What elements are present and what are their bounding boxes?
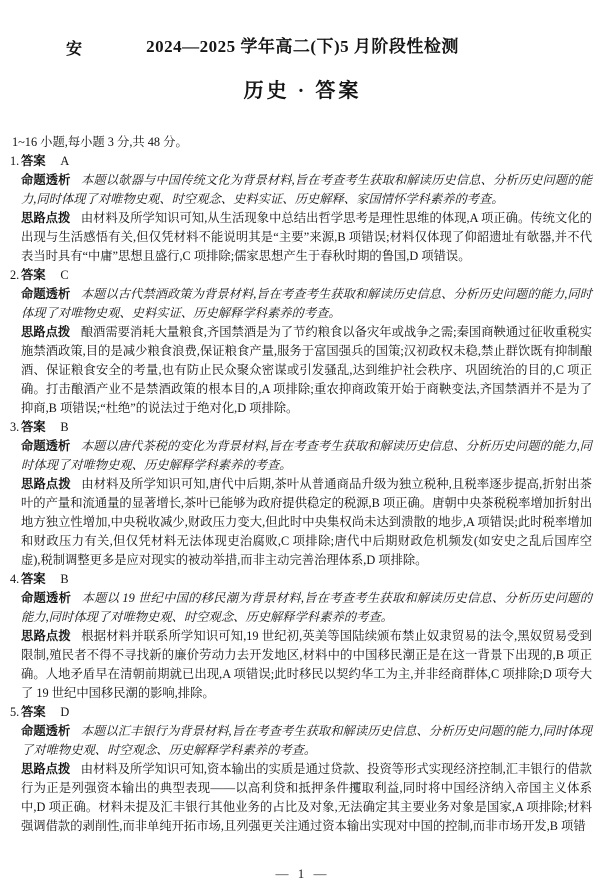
tips-paragraph: 思路点拨酿酒需要消耗大量粮食,齐国禁酒是为了节约粮食以备灾年或战争之需;秦国商鞅… (21, 323, 592, 418)
analysis-text: 本题以欹器与中国传统文化为背景材料,旨在考查考生获取和解读历史信息、分析历史问题… (21, 173, 592, 206)
answer-item-5: 5.答案D 命题透析本题以汇丰银行为背景材料,旨在考查考生获取和解读历史信息、分… (12, 703, 592, 836)
analysis-paragraph: 命题透析本题以唐代茶税的变化为背景材料,旨在考查考生获取和解读历史信息、分析历史… (21, 437, 592, 475)
tips-text: 由材料及所学知识可知,资本输出的实质是通过贷款、投资等形式实现经济控制,汇丰银行… (21, 762, 592, 833)
answer-line: 3.答案B (21, 418, 592, 437)
analysis-label: 命题透析 (21, 287, 70, 301)
answer-item-2: 2.答案C 命题透析本题以古代禁酒政策为背景材料,旨在考查考生获取和解读历史信息… (12, 266, 592, 418)
analysis-text: 本题以汇丰银行为背景材料,旨在考查考生获取和解读历史信息、分析历史问题的能力,同… (21, 724, 592, 757)
answer-letter: A (60, 154, 69, 168)
item-number: 5. (10, 703, 19, 722)
analysis-paragraph: 命题透析本题以 19 世纪中国的移民潮为背景材料,旨在考查考生获取和解读历史信息… (21, 589, 592, 627)
answer-label: 答案 (21, 154, 46, 168)
exam-title: 2024—2025 学年高二(下)5 月阶段性检测 (0, 0, 605, 59)
item-number: 4. (10, 570, 19, 589)
answer-label: 答案 (21, 268, 46, 282)
tips-label: 思路点拨 (21, 629, 71, 643)
analysis-text: 本题以唐代茶税的变化为背景材料,旨在考查考生获取和解读历史信息、分析历史问题的能… (21, 439, 592, 472)
tips-paragraph: 思路点拨由材料及所学知识可知,资本输出的实质是通过贷款、投资等形式实现经济控制,… (21, 760, 592, 836)
analysis-paragraph: 命题透析本题以欹器与中国传统文化为背景材料,旨在考查考生获取和解读历史信息、分析… (21, 171, 592, 209)
answer-line: 2.答案C (21, 266, 592, 285)
answer-line: 4.答案B (21, 570, 592, 589)
tips-text: 由材料及所学知识可知,从生活现象中总结出哲学思考是理性思维的体现,A 项正确。传… (21, 211, 592, 263)
answer-label: 答案 (21, 572, 46, 586)
tips-text: 酿酒需要消耗大量粮食,齐国禁酒是为了节约粮食以备灾年或战争之需;秦国商鞅通过征收… (21, 325, 592, 415)
answer-content: 1~16 小题,每小题 3 分,共 48 分。 1.答案A 命题透析本题以欹器与… (12, 133, 592, 836)
analysis-text: 本题以 19 世纪中国的移民潮为背景材料,旨在考查考生获取和解读历史信息、分析历… (21, 591, 592, 624)
answer-letter: B (60, 420, 68, 434)
answer-key-page: 安 2024—2025 学年高二(下)5 月阶段性检测 历史 · 答案 1~16… (0, 0, 605, 895)
answer-label: 答案 (21, 420, 46, 434)
answer-line: 5.答案D (21, 703, 592, 722)
answer-label: 答案 (21, 705, 46, 719)
analysis-paragraph: 命题透析本题以汇丰银行为背景材料,旨在考查考生获取和解读历史信息、分析历史问题的… (21, 722, 592, 760)
analysis-label: 命题透析 (21, 591, 71, 605)
subject-title: 历史 · 答案 (0, 77, 605, 105)
tips-label: 思路点拨 (21, 325, 70, 339)
tips-label: 思路点拨 (21, 211, 70, 225)
tips-text: 根据材料并联系所学知识可知,19 世纪初,英美等国陆续颁布禁止奴隶贸易的法令,黑… (21, 629, 592, 700)
answer-item-3: 3.答案B 命题透析本题以唐代茶税的变化为背景材料,旨在考查考生获取和解读历史信… (12, 418, 592, 570)
analysis-paragraph: 命题透析本题以古代禁酒政策为背景材料,旨在考查考生获取和解读历史信息、分析历史问… (21, 285, 592, 323)
item-number: 3. (10, 418, 19, 437)
analysis-text: 本题以古代禁酒政策为背景材料,旨在考查考生获取和解读历史信息、分析历史问题的能力… (21, 287, 592, 320)
answer-letter: B (60, 572, 68, 586)
item-number: 2. (10, 266, 19, 285)
tips-paragraph: 思路点拨由材料及所学知识可知,唐代中后期,茶叶从普通商品升级为独立税种,且税率逐… (21, 475, 592, 570)
answer-item-4: 4.答案B 命题透析本题以 19 世纪中国的移民潮为背景材料,旨在考查考生获取和… (12, 570, 592, 703)
tips-paragraph: 思路点拨根据材料并联系所学知识可知,19 世纪初,英美等国陆续颁布禁止奴隶贸易的… (21, 627, 592, 703)
tips-paragraph: 思路点拨由材料及所学知识可知,从生活现象中总结出哲学思考是理性思维的体现,A 项… (21, 209, 592, 266)
corner-mark: 安 (66, 36, 82, 59)
answer-letter: D (60, 705, 69, 719)
answer-line: 1.答案A (21, 152, 592, 171)
tips-text: 由材料及所学知识可知,唐代中后期,茶叶从普通商品升级为独立税种,且税率逐步提高,… (21, 477, 592, 567)
answer-item-1: 1.答案A 命题透析本题以欹器与中国传统文化为背景材料,旨在考查考生获取和解读历… (12, 152, 592, 266)
analysis-label: 命题透析 (21, 439, 70, 453)
page-number: — 1 — (0, 866, 605, 882)
tips-label: 思路点拨 (21, 477, 71, 491)
tips-label: 思路点拨 (21, 762, 70, 776)
analysis-label: 命题透析 (21, 724, 70, 738)
answer-letter: C (60, 268, 68, 282)
score-note: 1~16 小题,每小题 3 分,共 48 分。 (12, 133, 592, 152)
item-number: 1. (10, 152, 19, 171)
analysis-label: 命题透析 (21, 173, 71, 187)
